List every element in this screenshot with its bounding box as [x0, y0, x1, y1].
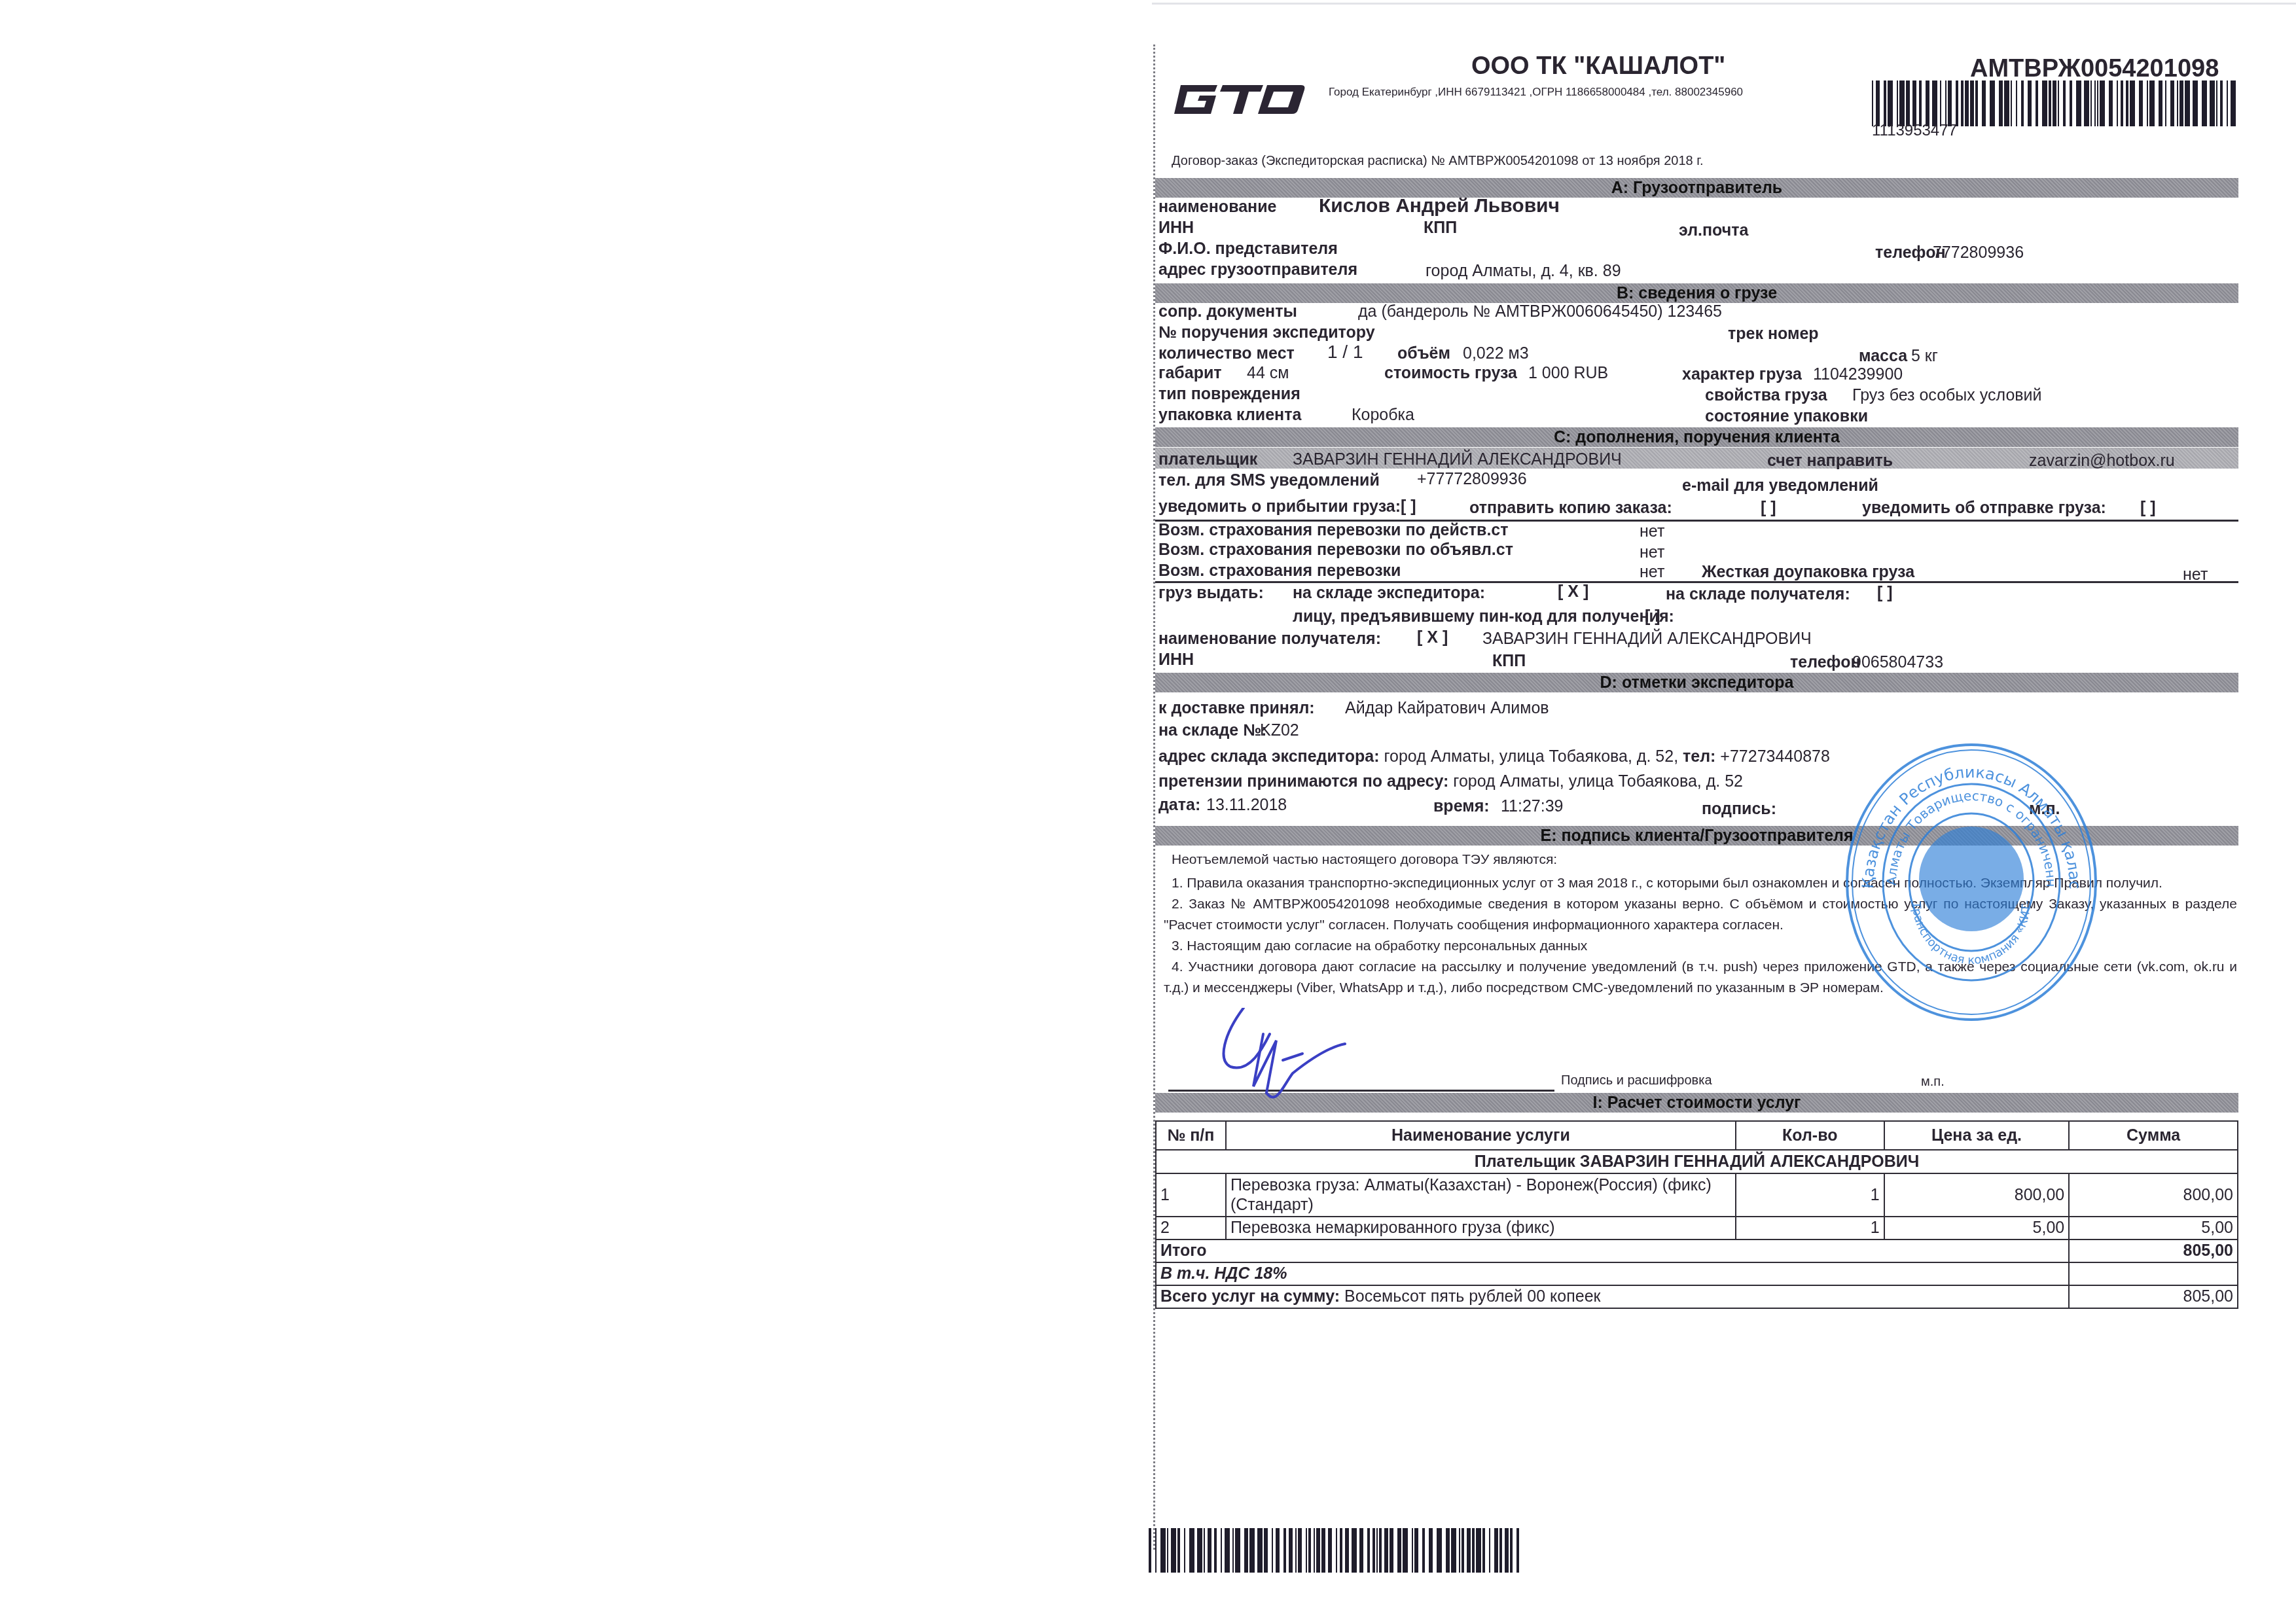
time-label: время:: [1433, 797, 1490, 816]
sender-kpp-label: КПП: [1424, 219, 1457, 238]
payer-cell: Плательщик ЗАВАРЗИН ГЕННАДИЙ АЛЕКСАНДРОВ…: [1156, 1150, 2238, 1173]
warehouse-label: на складе №:: [1158, 721, 1266, 740]
size-label: габарит: [1158, 364, 1222, 383]
vat-row: В т.ч. НДС 18%: [1156, 1262, 2238, 1285]
send-copy-checkbox[interactable]: [ ]: [1761, 499, 1776, 518]
payer-value: ЗАВАРЗИН ГЕННАДИЙ АЛЕКСАНДРОВИЧ: [1293, 450, 1622, 469]
row-price: 800,00: [1884, 1173, 2070, 1217]
sender-inn-label: ИНН: [1158, 219, 1194, 238]
wh-address-label: адрес склада экспедитора:: [1158, 747, 1380, 766]
wh-phone-label: тел:: [1683, 747, 1715, 766]
col-qty: Кол-во: [1736, 1121, 1884, 1150]
damage-label: тип повреждения: [1158, 385, 1300, 404]
row-qty: 1: [1736, 1217, 1884, 1240]
order-no-label: № поручения экспедитору: [1158, 323, 1375, 342]
services-table: № п/п Наименование услуги Кол-во Цена за…: [1155, 1120, 2238, 1309]
row-sum: 5,00: [2069, 1217, 2238, 1240]
notify-dispatch-checkbox[interactable]: [ ]: [2140, 499, 2156, 518]
total-value: 805,00: [2069, 1240, 2238, 1262]
claims-address: претензии принимаются по адресу: город А…: [1158, 772, 1743, 791]
grand-total-label: Всего услуг на сумму:: [1160, 1287, 1340, 1306]
nature-label: характер груза: [1682, 365, 1802, 384]
pin-checkbox[interactable]: [ ]: [1645, 607, 1660, 626]
date-label: дата:: [1158, 796, 1200, 815]
terms-item: 1. Правила оказания транспортно-экспедиц…: [1164, 873, 2237, 894]
grand-total-words: Восемьсот пять рублей 00 копеек: [1344, 1287, 1600, 1306]
section-d-header: D: отметки экспедитора: [1155, 673, 2238, 692]
props-label: свойства груза: [1705, 386, 1827, 405]
recipient-inn-label: ИНН: [1158, 651, 1194, 669]
section-i-header: I: Расчет стоимости услуг: [1155, 1093, 2238, 1113]
track-label: трек номер: [1728, 325, 1819, 344]
vat-value: [2069, 1262, 2238, 1285]
payer-row: Плательщик ЗАВАРЗИН ГЕННАДИЙ АЛЕКСАНДРОВ…: [1156, 1150, 2238, 1173]
terms-list: 1. Правила оказания транспортно-экспедиц…: [1164, 873, 2237, 999]
rigid-pack-label: Жесткая доупаковка груза: [1702, 563, 1914, 582]
vat-label: В т.ч. НДС 18%: [1156, 1262, 2069, 1285]
sender-address-value: город Алматы, д. 4, кв. 89: [1426, 262, 1621, 281]
invoice-value: zavarzin@hotbox.ru: [2029, 452, 2175, 471]
mass-value: 5 кг: [1911, 347, 1938, 366]
wh-phone-value: +77273440878: [1720, 747, 1830, 766]
docs-value: да (бандероль № АМТВРЖ0060645450) 123465: [1358, 302, 1722, 321]
total-row: Итого 805,00: [1156, 1240, 2238, 1262]
notify-dispatch-label: уведомить об отправке груза:: [1862, 499, 2106, 518]
insurance-actual-value: нет: [1640, 522, 1664, 541]
row-price: 5,00: [1884, 1217, 2070, 1240]
email-notify-label: e-mail для уведомлений: [1682, 476, 1878, 495]
col-no: № п/п: [1156, 1121, 1226, 1150]
table-row: 1 Перевозка груза: Алматы(Казахстан) - В…: [1156, 1173, 2238, 1217]
recipient-value: ЗАВАРЗИН ГЕННАДИЙ АЛЕКСАНДРОВИЧ: [1482, 630, 1812, 649]
bottom-barcode-icon: [1149, 1528, 1522, 1573]
notify-arrival-checkbox[interactable]: [ ]: [1401, 497, 1416, 516]
claims-value: город Алматы, улица Тобаякова, д. 52: [1453, 772, 1743, 791]
sender-email-label: эл.почта: [1679, 221, 1748, 240]
col-sum: Сумма: [2069, 1121, 2238, 1150]
svg-text:Алматы Товарищество с ограниче: Алматы Товарищество с ограниченной ответ…: [1840, 738, 2059, 887]
pack-label: упаковка клиента: [1158, 406, 1301, 425]
warehouse-value: KZ02: [1260, 721, 1299, 740]
wh-address-value: город Алматы, улица Тобаякова, д. 52,: [1384, 747, 1678, 766]
accepted-label: к доставке принял:: [1158, 699, 1315, 718]
signature-line: [1168, 1090, 1554, 1092]
places-value: 1 / 1: [1327, 342, 1363, 363]
recipient-phone-label: телефон: [1790, 653, 1861, 672]
accepted-value: Айдар Кайратович Алимов: [1345, 699, 1549, 718]
sender-name-value: Кислов Андрей Львович: [1319, 195, 1560, 217]
sign-label: подпись:: [1702, 800, 1776, 819]
size-value: 44 см: [1247, 364, 1289, 383]
recipient-label: наименование получателя:: [1158, 630, 1381, 649]
cost-value: 1 000 RUB: [1528, 364, 1608, 383]
row-name: Перевозка груза: Алматы(Казахстан) - Вор…: [1226, 1173, 1736, 1217]
section-e-header: Е: подпись клиента/Грузоотправителя: [1155, 826, 2238, 846]
order-code: АМТВРЖ0054201098: [1970, 55, 2219, 83]
issue-label: груз выдать:: [1158, 584, 1264, 603]
terms-item: 4. Участники договора дают согласие на р…: [1164, 957, 2237, 999]
grand-total-row: Всего услуг на сумму: Восемьсот пять руб…: [1156, 1285, 2238, 1308]
table-row: 2 Перевозка немаркированного груза (фикс…: [1156, 1217, 2238, 1240]
recipient-checkbox[interactable]: [ X ]: [1417, 628, 1448, 647]
volume-value: 0,022 м3: [1463, 344, 1529, 363]
gtd-logo-icon: [1172, 84, 1306, 115]
row-no: 1: [1156, 1173, 1226, 1217]
contract-line: Договор-заказ (Экспедиторская расписка) …: [1172, 154, 1704, 169]
section-c-header: С: дополнения, поручения клиента: [1155, 427, 2238, 447]
col-name: Наименование услуги: [1226, 1121, 1736, 1150]
sign-caption: Подпись и расшифровка: [1561, 1073, 1712, 1088]
sms-label: тел. для SMS уведомлений: [1158, 471, 1380, 490]
insurance-value: нет: [1640, 563, 1664, 582]
recipient-phone-value: 9065804733: [1852, 653, 1943, 672]
props-value: Груз без особых условий: [1852, 386, 2042, 405]
pin-label: лицу, предъявившему пин-код для получени…: [1293, 607, 1674, 626]
sender-address-label: адрес грузоотправителя: [1158, 260, 1357, 279]
insurance-declared-value: нет: [1640, 543, 1664, 562]
barcode-number: 1113953477: [1872, 122, 1957, 140]
company-name: ООО ТК "КАШАЛОТ": [1471, 52, 1725, 80]
section-a-header: А: Грузоотправитель: [1155, 178, 2238, 198]
col-price: Цена за ед.: [1884, 1121, 2070, 1150]
divider: [1155, 581, 2238, 583]
send-copy-label: отправить копию заказа:: [1469, 499, 1672, 518]
payer-label: плательщик: [1158, 450, 1257, 469]
terms-item: 3. Настоящим даю согласие на обработку п…: [1164, 936, 2237, 957]
sender-phone-value: 7772809936: [1933, 243, 2024, 262]
grand-total-cell: Всего услуг на сумму: Восемьсот пять руб…: [1156, 1285, 2069, 1308]
seal-caption: м.п.: [1921, 1075, 1945, 1090]
nature-value: 1104239900: [1813, 365, 1903, 384]
row-name: Перевозка немаркированного груза (фикс): [1226, 1217, 1736, 1240]
cost-label: стоимость груза: [1384, 364, 1517, 383]
barcode-icon: [1872, 80, 2238, 126]
notify-arrival-label: уведомить о прибытии груза:: [1158, 497, 1401, 516]
total-label: Итого: [1156, 1240, 2069, 1262]
grand-total-value: 805,00: [2069, 1285, 2238, 1308]
insurance-declared-label: Возм. страхования перевозки по объявл.ст: [1158, 541, 1513, 560]
terms-intro: Неотъемлемой частью настоящего договора …: [1172, 852, 1557, 868]
invoice-label: счет направить: [1767, 452, 1893, 471]
company-details: Город Екатеринбург ,ИНН 6679113421 ,ОГРН…: [1329, 86, 1743, 99]
recipient-kpp-label: КПП: [1492, 652, 1526, 671]
seal-label: м.п.: [2029, 800, 2060, 819]
sms-value: +77772809936: [1417, 470, 1527, 489]
time-value: 11:27:39: [1501, 797, 1563, 816]
perforation-line: [1153, 45, 1155, 1550]
warehouse-address: адрес склада экспедитора: город Алматы, …: [1158, 747, 1830, 766]
insurance-label: Возм. страхования перевозки: [1158, 562, 1401, 580]
row-no: 2: [1156, 1217, 1226, 1240]
claims-label: претензии принимаются по адресу:: [1158, 772, 1448, 791]
sender-rep-label: Ф.И.О. представителя: [1158, 240, 1338, 259]
sender-name-label: наименование: [1158, 198, 1276, 217]
terms-item: 2. Заказ № АМТВРЖ0054201098 необходимые …: [1164, 894, 2237, 936]
table-header-row: № п/п Наименование услуги Кол-во Цена за…: [1156, 1121, 2238, 1150]
section-b-header: В: сведения о грузе: [1155, 283, 2238, 303]
date-value: 13.11.2018: [1206, 796, 1287, 815]
pack-state-label: состояние упаковки: [1705, 407, 1868, 426]
insurance-actual-label: Возм. страхования перевозки по действ.ст: [1158, 521, 1509, 540]
mass-label: масса: [1859, 347, 1907, 366]
pack-value: Коробка: [1352, 406, 1414, 425]
places-label: количество мест: [1158, 344, 1295, 363]
at-receiver-checkbox[interactable]: [ ]: [1877, 584, 1893, 603]
volume-label: объём: [1397, 344, 1450, 363]
at-forwarder-checkbox[interactable]: [ X ]: [1558, 582, 1588, 601]
stamp-inner-text: Алматы Товарищество с ограниченной ответ…: [1840, 738, 2059, 887]
at-forwarder-label: на складе экспедитора:: [1293, 584, 1485, 603]
paper-edge: [1152, 3, 2296, 5]
row-qty: 1: [1736, 1173, 1884, 1217]
at-receiver-label: на складе получателя:: [1666, 585, 1850, 604]
row-sum: 800,00: [2069, 1173, 2238, 1217]
docs-label: сопр. документы: [1158, 302, 1297, 321]
